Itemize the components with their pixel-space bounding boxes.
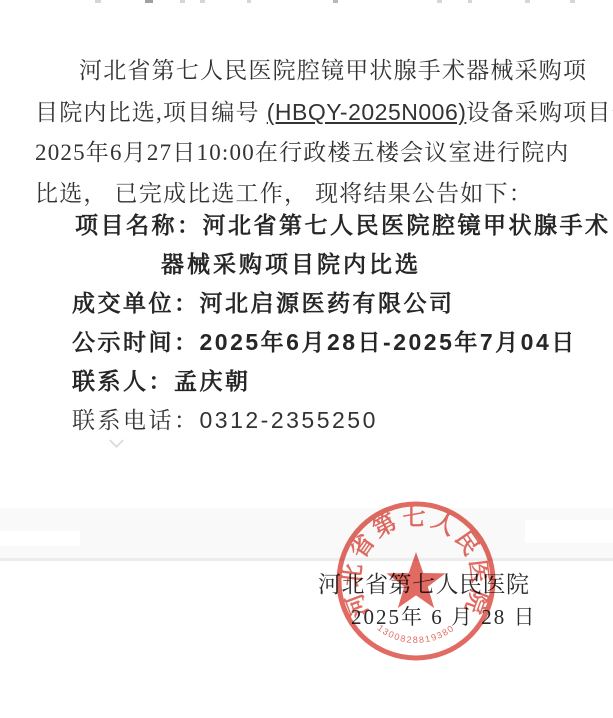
- text-fragment: [437, 0, 442, 3]
- period-label: 公示时间：: [72, 330, 200, 355]
- project-name-row-2: 器械采购项目院内比选: [35, 248, 547, 287]
- page-edge-band: [0, 508, 613, 561]
- project-number: (HBQY-2025N006): [267, 99, 467, 125]
- contact-value: 孟庆朝: [174, 369, 251, 394]
- text-fragment: [333, 0, 338, 3]
- intro-text: 目院内比选,项目编号: [35, 100, 267, 125]
- intro-line-1: 河北省第七人民医院腔镜甲状腺手术器械采购项: [35, 54, 547, 95]
- contact-person-row: 联系人：孟庆朝: [35, 365, 547, 404]
- winner-value: 河北启源医药有限公司: [200, 291, 455, 316]
- winner-label: 成交单位：: [72, 291, 200, 316]
- band-white-cutout-right: [525, 520, 613, 543]
- text-fragment: [468, 0, 472, 3]
- text-fragment: [247, 0, 251, 3]
- project-name-row: 项目名称：河北省第七人民医院腔镜甲状腺手术: [35, 209, 547, 248]
- intro-line-2: 目院内比选,项目编号 (HBQY-2025N006)设备采购项目于: [35, 95, 547, 136]
- intro-line-3: 2025年6月27日10:00在行政楼五楼会议室进行院内: [35, 136, 547, 177]
- text-fragment: [180, 0, 185, 3]
- project-name-label: 项目名称：: [75, 213, 203, 238]
- text-fragment: [200, 0, 205, 3]
- seal-star-icon: [387, 552, 446, 608]
- project-name-value: 河北省第七人民医院腔镜甲状腺手术: [203, 213, 611, 238]
- phone-value: 0312-2355250: [200, 407, 378, 433]
- text-fragment: [95, 0, 101, 3]
- seal-code: 1300828819380: [376, 623, 457, 645]
- official-seal: 河北省第七人民医院 1300828819380: [332, 497, 500, 665]
- notice-intro-paragraph: 河北省第七人民医院腔镜甲状腺手术器械采购项 目院内比选,项目编号 (HBQY-2…: [35, 54, 547, 218]
- publicity-period-row: 公示时间：2025年6月28日-2025年7月04日: [35, 326, 547, 365]
- text-fragment: [570, 0, 575, 3]
- winner-row: 成交单位：河北启源医药有限公司: [35, 287, 547, 326]
- text-fragment: [525, 0, 530, 3]
- band-white-cutout-left: [0, 531, 80, 546]
- svg-text:1300828819380: 1300828819380: [376, 623, 457, 645]
- notice-details: 项目名称：河北省第七人民医院腔镜甲状腺手术 器械采购项目院内比选 成交单位：河北…: [35, 209, 547, 443]
- contact-label: 联系人：: [72, 369, 174, 394]
- intro-text: 设备采购项目于: [466, 100, 613, 125]
- phone-label: 联系电话：: [72, 408, 200, 433]
- text-fragment: [145, 0, 153, 3]
- period-value: 2025年6月28日-2025年7月04日: [200, 329, 577, 355]
- seal-graphic: 河北省第七人民医院 1300828819380: [332, 497, 500, 665]
